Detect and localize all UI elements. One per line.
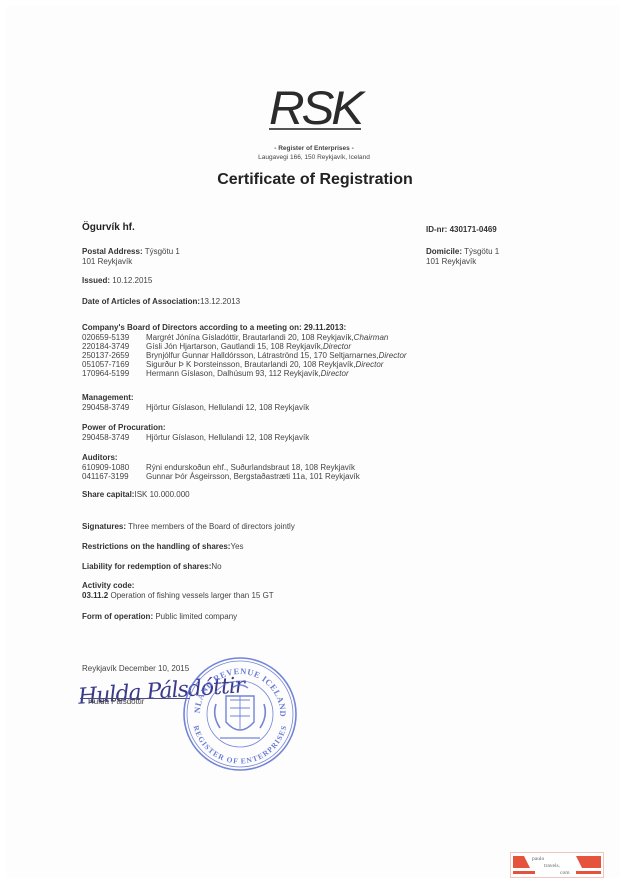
form-label: Form of operation: bbox=[82, 612, 153, 621]
register-header: - Register of Enterprises - Laugavegi 16… bbox=[214, 144, 414, 162]
share-capital-label: Share capital: bbox=[82, 490, 134, 499]
company-name: Ögurvík hf. bbox=[82, 222, 135, 233]
person-entry: Brynjólfur Gunnar Halldórsson, Látraströ… bbox=[146, 351, 407, 360]
board-list: 020659-5139Margrét Jónína Gísladóttir, B… bbox=[82, 333, 407, 378]
person-row: 250137-2659Brynjólfur Gunnar Halldórsson… bbox=[82, 351, 407, 360]
person-row: 051057-7169Sigurður Þ K Þorsteinsson, Br… bbox=[82, 360, 407, 369]
person-row: 290458-3749Hjörtur Gíslason, Hellulandi … bbox=[82, 403, 309, 412]
liability-label: Liability for redemption of shares: bbox=[82, 562, 211, 571]
activity-desc: Operation of fishing vessels larger than… bbox=[110, 591, 273, 600]
register-address: Laugavegi 166, 150 Reykjavík, Iceland bbox=[214, 153, 414, 162]
issued-value: 10.12.2015 bbox=[112, 276, 152, 285]
domicile-label: Domicile: bbox=[426, 247, 462, 256]
person-entry: Hjörtur Gíslason, Hellulandi 12, 108 Rey… bbox=[146, 433, 309, 442]
redemption-liability: Liability for redemption of shares:No bbox=[82, 562, 222, 572]
svg-text:travels.: travels. bbox=[544, 863, 561, 869]
id-number: 041167-3199 bbox=[82, 472, 146, 481]
person-entry: Margrét Jónína Gísladóttir, Brautarlandi… bbox=[146, 333, 407, 342]
board-heading: Company's Board of Directors according t… bbox=[82, 323, 407, 333]
watermark-badge: paulo travels. com bbox=[510, 852, 604, 878]
signatures-label: Signatures: bbox=[82, 522, 126, 531]
domicile: Domicile: Týsgötu 1 101 Reykjavík bbox=[426, 247, 499, 267]
svg-text:paulo: paulo bbox=[532, 856, 544, 862]
postal-label: Postal Address: bbox=[82, 247, 143, 256]
domicile-line2: 101 Reykjavík bbox=[426, 257, 499, 267]
share-capital-value: ISK 10.000.000 bbox=[134, 490, 189, 499]
articles-value: 13.12.2013 bbox=[200, 297, 240, 306]
postal-address: Postal Address: Týsgötu 1 101 Reykjavík bbox=[82, 247, 180, 267]
rsk-logo-text: RSK bbox=[263, 88, 368, 128]
person-row: 610909-1080Rýni endurskoðun ehf., Suðurl… bbox=[82, 463, 360, 472]
person-entry: Hjörtur Gíslason, Hellulandi 12, 108 Rey… bbox=[146, 403, 309, 412]
person-entry: Gunnar Þór Ásgeirsson, Bergstaðastræti 1… bbox=[146, 472, 360, 481]
form-of-operation: Form of operation: Public limited compan… bbox=[82, 612, 237, 622]
person-role: Director bbox=[321, 369, 349, 378]
auditors-list: 610909-1080Rýni endurskoðun ehf., Suðurl… bbox=[82, 463, 360, 481]
liability-value: No bbox=[211, 562, 221, 571]
id-number: 250137-2659 bbox=[82, 351, 146, 360]
id-label: ID-nr: bbox=[426, 225, 447, 234]
domicile-line1: Týsgötu 1 bbox=[464, 247, 499, 256]
postal-line2: 101 Reykjavík bbox=[82, 257, 180, 267]
management-heading: Management: bbox=[82, 393, 309, 403]
management-list: 290458-3749Hjörtur Gíslason, Hellulandi … bbox=[82, 403, 309, 412]
activity-code-value: 03.11.2 bbox=[82, 591, 108, 600]
person-entry: Sigurður Þ K Þorsteinsson, Brautarlandi … bbox=[146, 360, 407, 369]
board-section: Company's Board of Directors according t… bbox=[82, 323, 407, 378]
watermark-logo-icon: paulo travels. com bbox=[510, 852, 604, 878]
id-value: 430171-0469 bbox=[450, 225, 497, 234]
issued-label: Issued: bbox=[82, 276, 110, 285]
procuration-section: Power of Procuration: 290458-3749Hjörtur… bbox=[82, 423, 309, 442]
certificate-page bbox=[6, 6, 620, 878]
id-number: 020659-5139 bbox=[82, 333, 146, 342]
auditors-section: Auditors: 610909-1080Rýni endurskoðun eh… bbox=[82, 453, 360, 481]
postal-line1: Týsgötu 1 bbox=[145, 247, 180, 256]
person-row: 020659-5139Margrét Jónína Gísladóttir, B… bbox=[82, 333, 407, 342]
id-number: 290458-3749 bbox=[82, 403, 146, 412]
share-restrictions: Restrictions on the handling of shares:Y… bbox=[82, 542, 244, 552]
share-capital: Share capital:ISK 10.000.000 bbox=[82, 490, 190, 500]
person-row: 170964-5199Hermann Gíslason, Dalhúsum 93… bbox=[82, 369, 407, 378]
signatures-value: Three members of the Board of directors … bbox=[128, 522, 295, 531]
id-number: 051057-7169 bbox=[82, 360, 146, 369]
person-entry: Rýni endurskoðun ehf., Suðurlandsbraut 1… bbox=[146, 463, 360, 472]
articles-label: Date of Articles of Association: bbox=[82, 297, 200, 306]
place-date: Reykjavík December 10, 2015 bbox=[82, 664, 189, 674]
id-number: 170964-5199 bbox=[82, 369, 146, 378]
person-entry: Gísli Jón Hjartarson, Gautlandi 15, 108 … bbox=[146, 342, 407, 351]
svg-text:com: com bbox=[560, 870, 570, 876]
person-role: Director bbox=[379, 351, 407, 360]
issued-date: Issued: 10.12.2015 bbox=[82, 276, 152, 286]
person-role: Director bbox=[355, 360, 383, 369]
person-role: Chairman bbox=[354, 333, 389, 342]
person-row: 041167-3199Gunnar Þór Ásgeirsson, Bergst… bbox=[82, 472, 360, 481]
person-row: 220184-3749Gísli Jón Hjartarson, Gautlan… bbox=[82, 342, 407, 351]
restrictions-value: Yes bbox=[230, 542, 243, 551]
document-title: Certificate of Registration bbox=[160, 171, 470, 189]
signatures-rule: Signatures: Three members of the Board o… bbox=[82, 522, 295, 532]
signatory-name: Hulda Pálsdóttir bbox=[88, 697, 144, 707]
id-number: 290458-3749 bbox=[82, 433, 146, 442]
activity-label: Activity code: bbox=[82, 581, 274, 591]
register-line: - Register of Enterprises - bbox=[274, 145, 353, 152]
person-row: 290458-3749Hjörtur Gíslason, Hellulandi … bbox=[82, 433, 309, 442]
auditors-heading: Auditors: bbox=[82, 453, 360, 463]
official-stamp-icon: INLAND REVENUE ICELAND REGISTER OF ENTER… bbox=[180, 654, 300, 774]
procuration-list: 290458-3749Hjörtur Gíslason, Hellulandi … bbox=[82, 433, 309, 442]
rsk-logo: RSK bbox=[265, 88, 365, 130]
id-number: 610909-1080 bbox=[82, 463, 146, 472]
restrictions-label: Restrictions on the handling of shares: bbox=[82, 542, 230, 551]
person-entry: Hermann Gíslason, Dalhúsum 93, 112 Reykj… bbox=[146, 369, 407, 378]
activity-code: Activity code: 03.11.2 Operation of fish… bbox=[82, 581, 274, 601]
procuration-heading: Power of Procuration: bbox=[82, 423, 309, 433]
form-value: Public limited company bbox=[155, 612, 237, 621]
person-role: Director bbox=[323, 342, 351, 351]
articles-date: Date of Articles of Association:13.12.20… bbox=[82, 297, 240, 307]
id-number: 220184-3749 bbox=[82, 342, 146, 351]
id-number: ID-nr: 430171-0469 bbox=[426, 225, 497, 235]
management-section: Management: 290458-3749Hjörtur Gíslason,… bbox=[82, 393, 309, 412]
